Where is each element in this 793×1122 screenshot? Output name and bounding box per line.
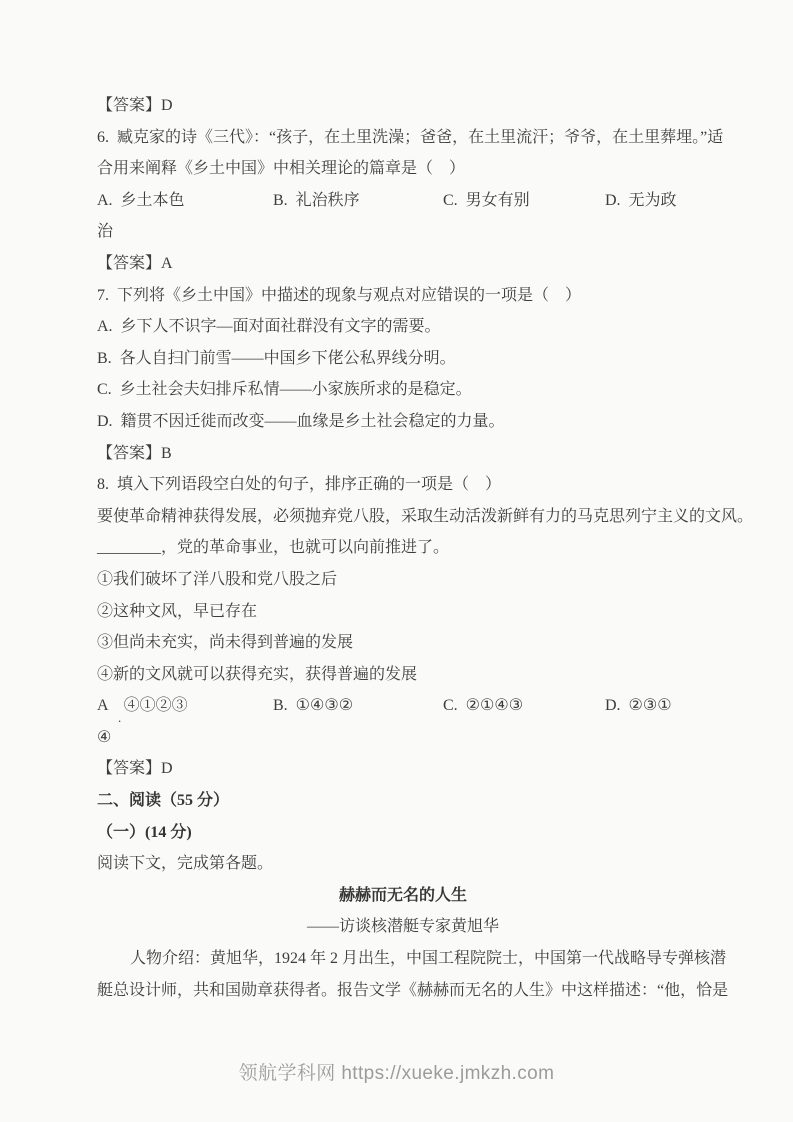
exam-document-page: 【答案】D 6. 臧克家的诗《三代》：“孩子，在土里洗澡；爸爸，在土里流汗；爷爷… (0, 0, 793, 1122)
section-2-heading: 二、阅读（55 分） (97, 785, 709, 817)
question-7-stem: 7. 下列将《乡土中国》中描述的现象与观点对应错误的一项是（ ） (97, 280, 709, 312)
question-6-stem-line-1: 6. 臧克家的诗《三代》：“孩子，在土里洗澡；爸爸，在土里流汗；爷爷，在土里葬埋… (97, 122, 709, 154)
reading-intro-line-1: 人物介绍：黄旭华，1924 年 2 月出生，中国工程院院士，中国第一代战略导专弹… (97, 943, 709, 975)
reading-intro-line-2: 艇总设计师，共和国勋章获得者。报告文学《赫赫而无名的人生》中这样描述：“他，恰是 (97, 975, 709, 1007)
reading-instruction: 阅读下文，完成第各题。 (97, 848, 709, 880)
reading-subtitle: ——访谈核潜艇专家黄旭华 (97, 911, 709, 943)
question-7-option-a: A. 乡下人不识字—面对面社群没有文字的需要。 (97, 311, 709, 343)
answer-6-line: 【答案】A (97, 248, 709, 280)
exam-content: 【答案】D 6. 臧克家的诗《三代》：“孩子，在土里洗澡；爸爸，在土里流汗；爷爷… (97, 90, 709, 1006)
reading-title: 赫赫而无名的人生 (97, 880, 709, 912)
answer-8-line: 【答案】D (97, 753, 709, 785)
question-8-passage-line-2: ________，党的革命事业，也就可以向前推进了。 (97, 532, 709, 564)
question-6-option-a: A. 乡土本色 (97, 185, 273, 217)
question-7-option-b: B. 各人自扫门前雪——中国乡下佬公私界线分明。 (97, 343, 709, 375)
question-6-option-c: C. 男女有别 (443, 185, 605, 217)
question-8-stem: 8. 填入下列语段空白处的句子，排序正确的一项是（ ） (97, 469, 709, 501)
question-8-option-c: C. ②①④③ (443, 690, 605, 722)
question-8-option-d: D. ②③① (605, 690, 709, 722)
question-8-item-4: ④新的文风就可以获得充实，获得普遍的发展 (97, 659, 709, 691)
site-watermark: 领航学科网 https://xueke.jmkzh.com (0, 1061, 793, 1087)
section-2-part-1-heading: （一）(14 分) (97, 817, 709, 849)
question-6-options-row: A. 乡土本色 B. 礼治秩序 C. 男女有别 D. 无为政 (97, 185, 709, 217)
question-8-item-1: ①我们破坏了洋八股和党八股之后 (97, 564, 709, 596)
answer-7-line: 【答案】B (97, 438, 709, 470)
question-8-item-3: ③但尚未充实，尚未得到普遍的发展 (97, 627, 709, 659)
answer-5-line: 【答案】D (97, 90, 709, 122)
question-8-passage-line-1: 要使革命精神获得发展，必须抛弃党八股，采取生动活泼新鲜有力的马克思列宁主义的文风… (97, 501, 709, 533)
question-6-option-d: D. 无为政 (605, 185, 709, 217)
question-7-option-d: D. 籍贯不因迁徙而改变——血缘是乡土社会稳定的力量。 (97, 406, 709, 438)
question-8-option-a: A ④①②③ (97, 690, 273, 722)
question-8-options-row: A ④①②③ B. ①④③② C. ②①④③ D. ②③① . (97, 690, 709, 722)
question-6-option-d-wrap: 治 (97, 216, 709, 248)
question-7-option-c: C. 乡土社会夫妇排斥私情——小家族所求的是稳定。 (97, 374, 709, 406)
question-8-item-2: ②这种文风，早已存在 (97, 596, 709, 628)
question-8-option-a-period: . (118, 711, 121, 724)
question-8-option-b: B. ①④③② (273, 690, 443, 722)
question-8-option-d-wrap: ④ (97, 722, 709, 754)
question-6-stem-line-2: 合用来阐释《乡土中国》中相关理论的篇章是（ ） (97, 153, 709, 185)
question-6-option-b: B. 礼治秩序 (273, 185, 443, 217)
